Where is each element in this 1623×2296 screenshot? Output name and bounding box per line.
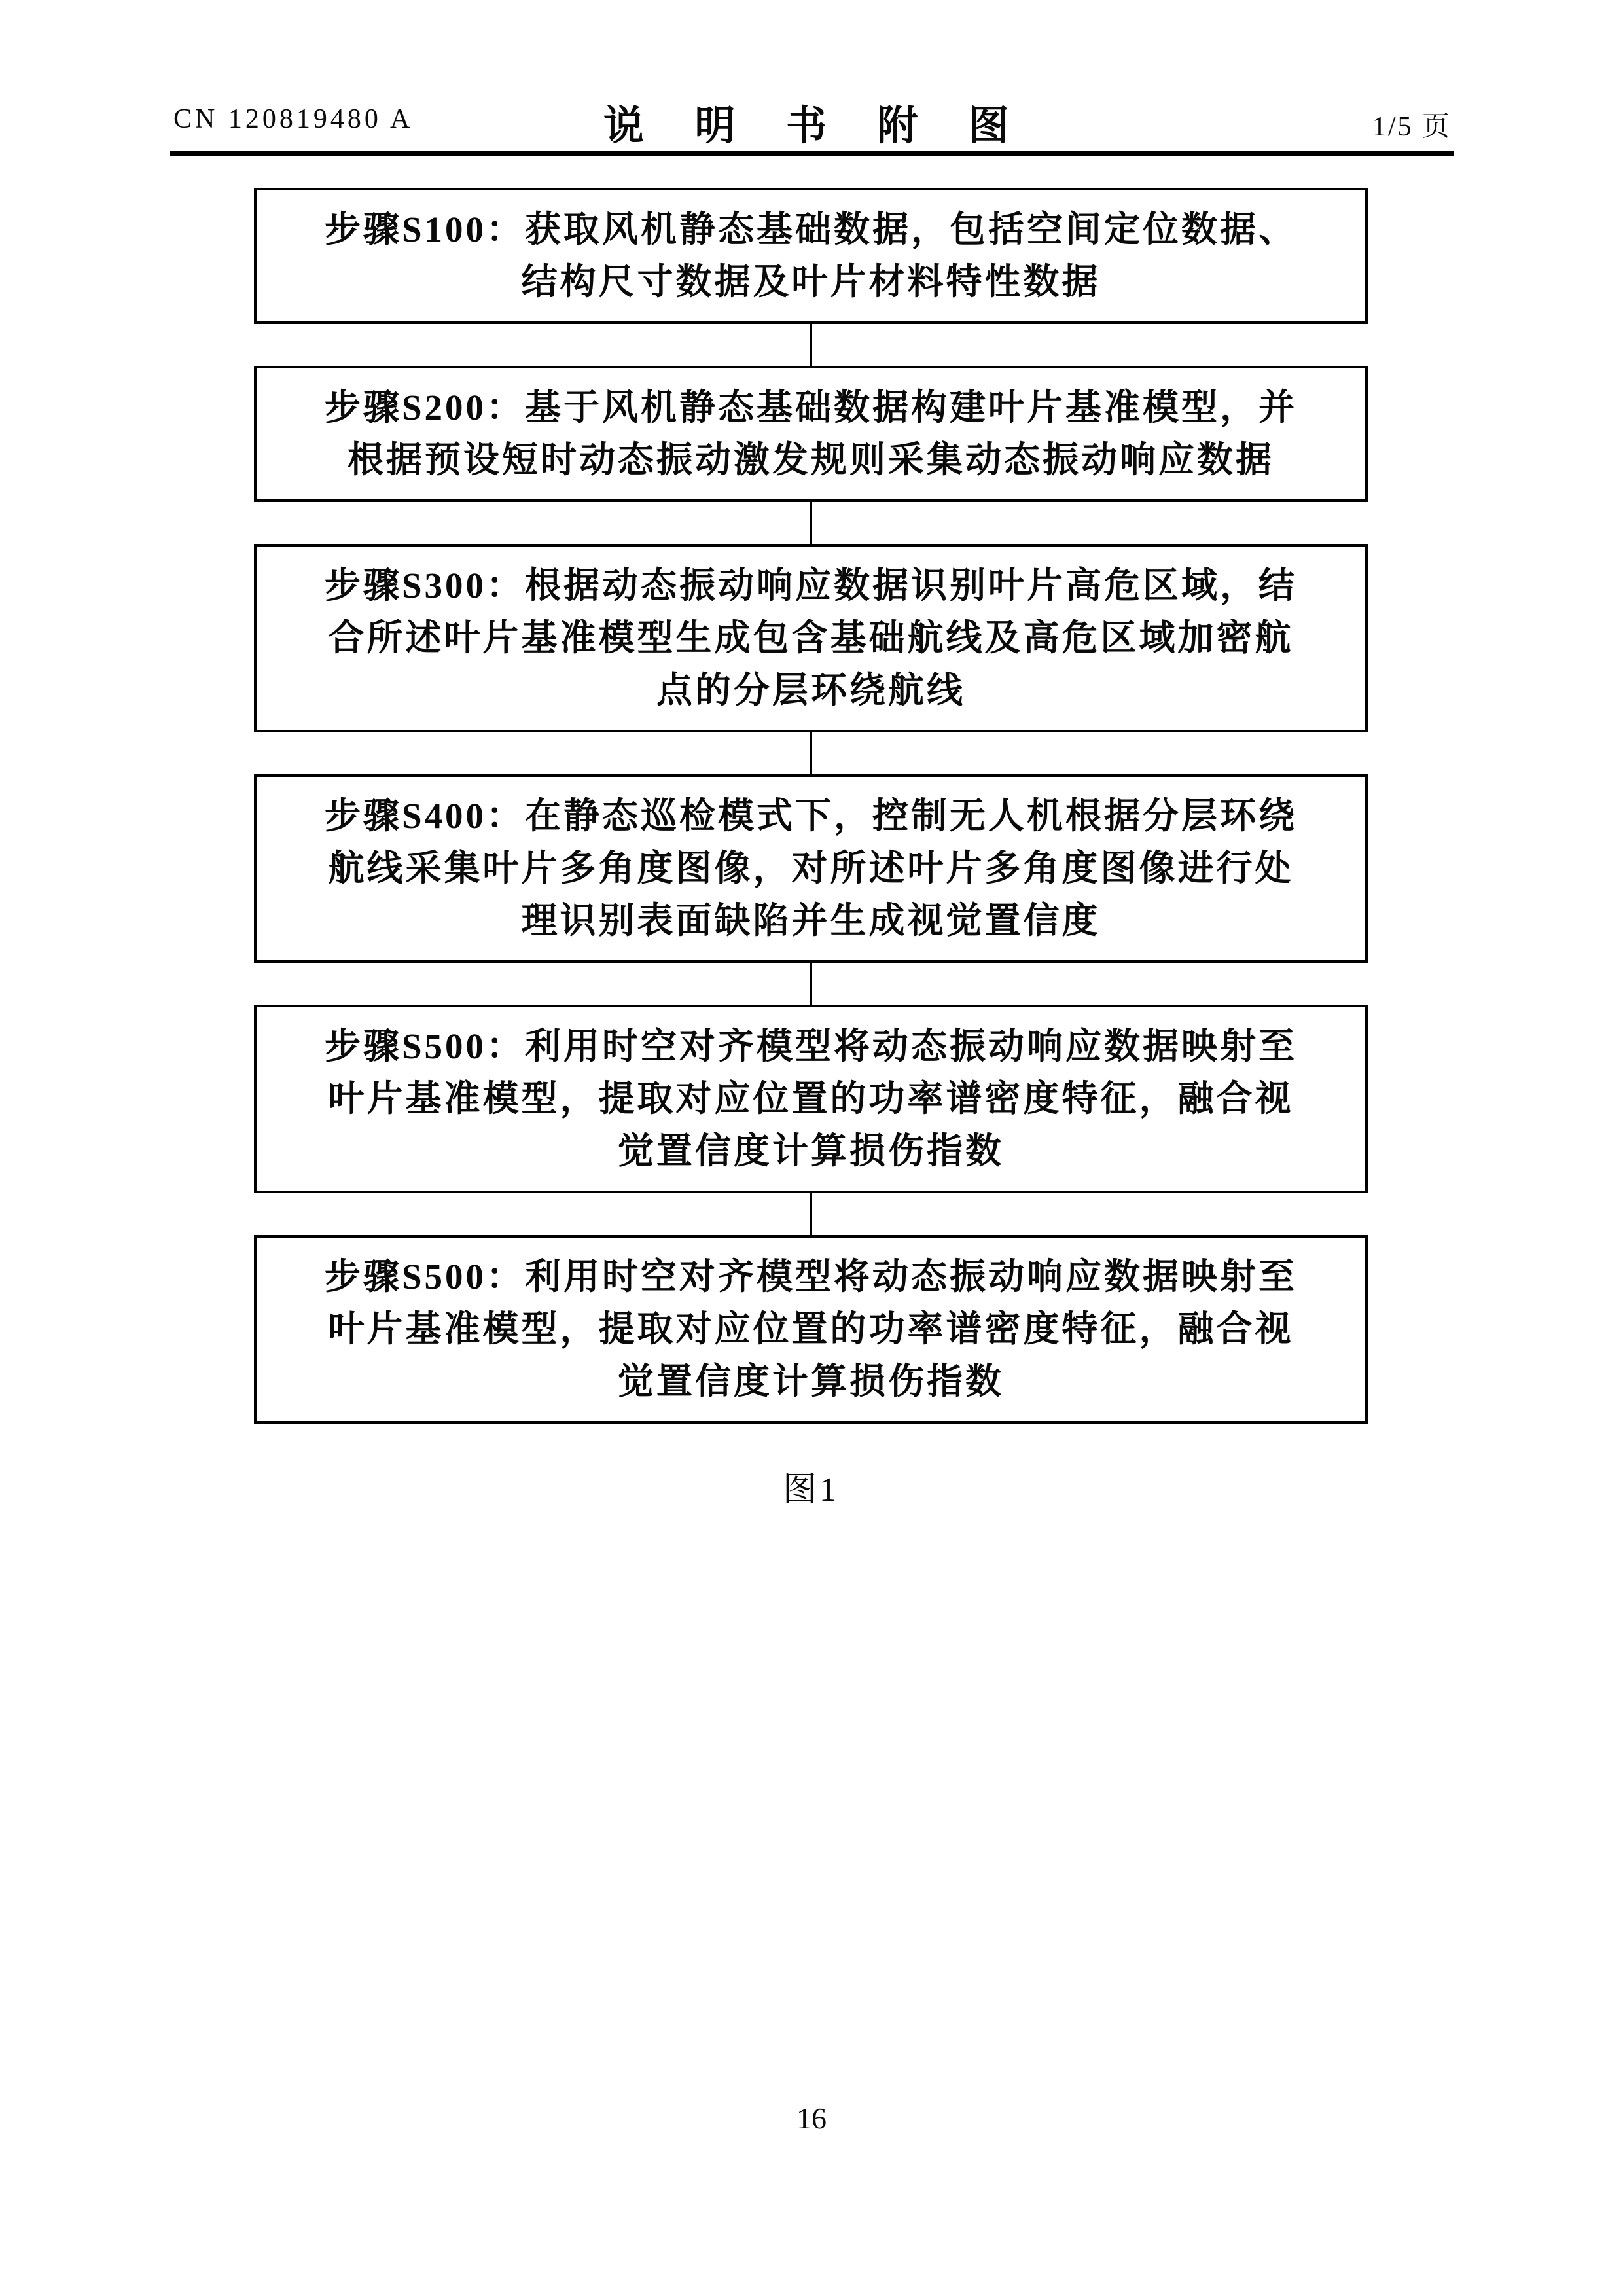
header-divider-rule (170, 151, 1454, 156)
flow-step-text: 步骤S500：利用时空对齐模型将动态振动响应数据映射至 (272, 1020, 1349, 1073)
flow-step-s500: 步骤S500：利用时空对齐模型将动态振动响应数据映射至 叶片基准模型，提取对应位… (254, 1005, 1368, 1193)
flow-step-text: 点的分层环绕航线 (272, 664, 1349, 717)
flow-step-text: 步骤S200：基于风机静态基础数据构建叶片基准模型，并 (272, 382, 1349, 434)
page-number: 16 (0, 2101, 1623, 2136)
connector-line (810, 502, 812, 544)
flow-step-text: 结构尺寸数据及叶片材料特性数据 (272, 256, 1349, 308)
flow-step-s400: 步骤S400：在静态巡检模式下，控制无人机根据分层环绕 航线采集叶片多角度图像，… (254, 774, 1368, 963)
flow-step-s100: 步骤S100：获取风机静态基础数据，包括空间定位数据、 结构尺寸数据及叶片材料特… (254, 188, 1368, 324)
patent-drawings-page: CN 120819480 A 说 明 书 附 图 1/5 页 步骤S100：获取… (0, 0, 1623, 2296)
connector-line (810, 963, 812, 1005)
connector-line (810, 1193, 812, 1235)
flow-step-s200: 步骤S200：基于风机静态基础数据构建叶片基准模型，并 根据预设短时动态振动激发… (254, 366, 1368, 502)
flowchart-figure-1: 步骤S100：获取风机静态基础数据，包括空间定位数据、 结构尺寸数据及叶片材料特… (254, 188, 1368, 1511)
flow-step-text: 合所述叶片基准模型生成包含基础航线及高危区域加密航 (272, 612, 1349, 664)
connector-line (810, 732, 812, 774)
flow-step-s500-duplicate: 步骤S500：利用时空对齐模型将动态振动响应数据映射至 叶片基准模型，提取对应位… (254, 1235, 1368, 1424)
flow-step-text: 叶片基准模型，提取对应位置的功率谱密度特征，融合视 (272, 1303, 1349, 1355)
flow-step-text: 步骤S400：在静态巡检模式下，控制无人机根据分层环绕 (272, 790, 1349, 842)
flow-step-text: 觉置信度计算损伤指数 (272, 1355, 1349, 1408)
flow-step-text: 步骤S500：利用时空对齐模型将动态振动响应数据映射至 (272, 1251, 1349, 1303)
flow-step-text: 步骤S100：获取风机静态基础数据，包括空间定位数据、 (272, 204, 1349, 256)
sheet-page-indicator: 1/5 页 (1372, 105, 1452, 144)
flow-step-text: 根据预设短时动态振动激发规则采集动态振动响应数据 (272, 434, 1349, 486)
connector-line (810, 324, 812, 366)
flow-step-text: 叶片基准模型，提取对应位置的功率谱密度特征，融合视 (272, 1073, 1349, 1125)
flow-step-text: 觉置信度计算损伤指数 (272, 1125, 1349, 1177)
figure-caption: 图1 (254, 1462, 1368, 1511)
flow-step-text: 理识别表面缺陷并生成视觉置信度 (272, 895, 1349, 947)
flow-step-text: 步骤S300：根据动态振动响应数据识别叶片高危区域，结 (272, 560, 1349, 612)
flow-step-text: 航线采集叶片多角度图像，对所述叶片多角度图像进行处 (272, 842, 1349, 895)
flow-step-s300: 步骤S300：根据动态振动响应数据识别叶片高危区域，结 合所述叶片基准模型生成包… (254, 544, 1368, 732)
